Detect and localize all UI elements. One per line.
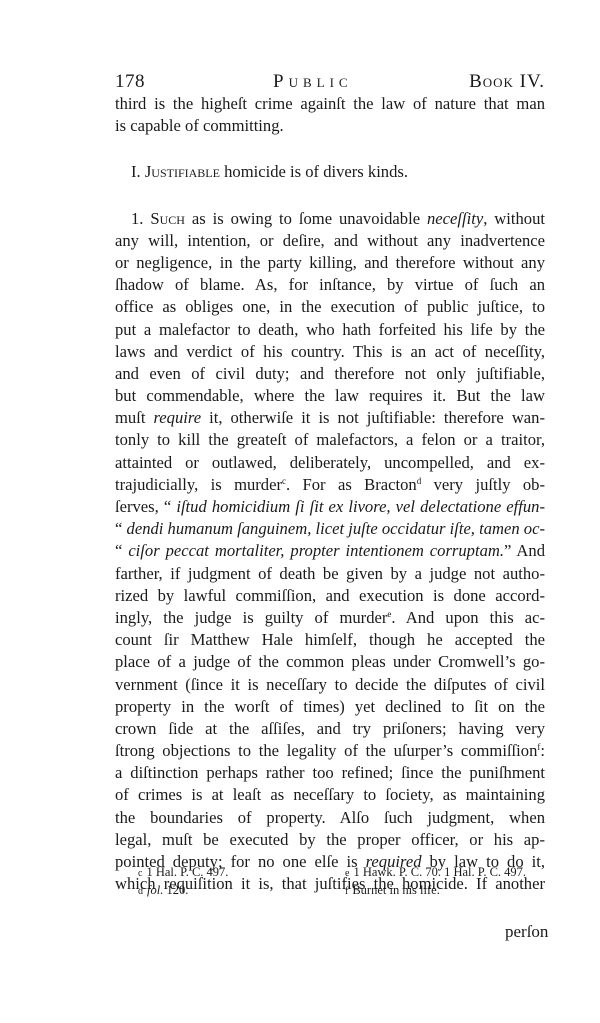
footnote-text: 120. <box>163 883 188 897</box>
text-run: as is owing to ſome unavoidable <box>185 209 427 228</box>
book-page: 178 Public Book IV. third is the higheſt… <box>0 0 600 1023</box>
text-line: or negligence, in the party killing, and… <box>115 252 545 274</box>
footnote-f: fBurnet in his life. <box>345 882 555 900</box>
footnote-mark: e <box>345 868 349 879</box>
section-heading: I. Justifiable homicide is of divers kin… <box>115 161 545 183</box>
book-label: Book IV. <box>469 70 545 94</box>
footnote-text-italic: fol. <box>147 883 163 897</box>
text-line: the boundaries of property. Alſo ſuch ju… <box>115 807 545 829</box>
footnote-mark: d <box>138 886 143 897</box>
paragraph-number: 1. <box>131 209 143 228</box>
text-run: very juſtly ob- <box>421 475 545 494</box>
text-line: ſhadow of blame. As, for inſtance, by vi… <box>115 274 545 296</box>
text-line: but commendable, where the law requires … <box>115 385 545 407</box>
text-run: trajudicially, is murder <box>115 475 282 494</box>
section-heading-rest: homicide is of divers kinds. <box>220 162 408 181</box>
text-line: farther, if judgment of death be given b… <box>115 563 545 585</box>
text-line: “ dendi humanum ſanguinem, licet juſte o… <box>115 518 545 540</box>
text-run: ingly, the judge is guilty of murder <box>115 608 387 627</box>
footnote-mark: c <box>138 868 142 879</box>
footnotes-left-column: c1 Hal. P. C. 497. dfol. 120. <box>138 864 328 900</box>
text-run: : <box>540 741 545 760</box>
paragraph-1: 1. Such as is owing to ſome unavoidable … <box>115 208 545 896</box>
text-line: crown ſide at the aſſiſes, and try priſo… <box>115 718 545 740</box>
text-run: , without <box>483 209 545 228</box>
text-run: ſerves, “ <box>115 497 176 516</box>
section-numeral: I. <box>131 162 141 181</box>
text-line: tonly to kill the greateſt of malefactor… <box>115 429 545 451</box>
catchword: perſon <box>505 921 548 943</box>
text-line: of crimes is at leaſt as neceſſary to ſo… <box>115 784 545 806</box>
text-line: a diſtinction perhaps rather too refined… <box>115 762 545 784</box>
italic-term: neceſſity <box>427 209 483 228</box>
text-run: ” And <box>504 541 545 560</box>
quote-mark: “ <box>115 541 128 560</box>
text-line: place of a judge of the common pleas und… <box>115 651 545 673</box>
text-run: ſtrong objections to the legality of the… <box>115 741 537 760</box>
text-line: ſerves, “ iſtud homicidium ſi ſit ex liv… <box>115 496 545 518</box>
footnote-c: c1 Hal. P. C. 497. <box>138 864 328 882</box>
text-line: attainted or outlawed, deliberately, unc… <box>115 452 545 474</box>
text-line: laws and verdict of his country. This is… <box>115 341 545 363</box>
text-line: and even of civil duty; and therefore no… <box>115 363 545 385</box>
footnote-text: 1 Hawk. P. C. 70. 1 Hal. P. C. 497. <box>353 865 526 879</box>
latin-quote: ciſor peccat mortaliter, propter intenti… <box>128 541 504 560</box>
latin-quote: iſtud homicidium ſi ſit ex livore, vel d… <box>176 497 545 516</box>
text-line: 1. Such as is owing to ſome unavoidable … <box>115 208 545 230</box>
running-header: 178 Public Book IV. <box>115 70 545 94</box>
running-title: Public <box>273 70 353 94</box>
text-line: property in the worſt of times) yet decl… <box>115 696 545 718</box>
latin-quote: dendi humanum ſanguinem, licet juſte occ… <box>127 519 545 538</box>
text-line: rized by lawful commiſſion, and executio… <box>115 585 545 607</box>
text-line: is capable of committing. <box>115 115 545 137</box>
text-line: third is the higheſt crime againſt the l… <box>115 93 545 115</box>
footnote-text: 1 Hal. P. C. 497. <box>146 865 228 879</box>
footnote-text: Burnet in his life. <box>352 883 440 897</box>
footnote-d: dfol. 120. <box>138 882 328 900</box>
text-line: “ ciſor peccat mortaliter, propter inten… <box>115 540 545 562</box>
page-number: 178 <box>115 70 145 94</box>
footnote-e: e1 Hawk. P. C. 70. 1 Hal. P. C. 497. <box>345 864 555 882</box>
text-line: muſt require it, otherwiſe it is not juſ… <box>115 407 545 429</box>
main-text: third is the higheſt crime againſt the l… <box>115 93 545 895</box>
italic-term: require <box>153 408 201 427</box>
quote-mark: “ <box>115 519 127 538</box>
text-run: muſt <box>115 408 153 427</box>
text-run: . And upon this ac- <box>391 608 545 627</box>
paragraph-lead-word: Such <box>150 209 185 228</box>
text-line: ingly, the judge is guilty of murdere. A… <box>115 607 545 629</box>
text-run: it, otherwiſe it is not juſtifiable: the… <box>201 408 545 427</box>
text-line: ſtrong objections to the legality of the… <box>115 740 545 762</box>
text-line: put a malefactor to death, who hath forf… <box>115 319 545 341</box>
text-run: . For as Bracton <box>286 475 417 494</box>
footnotes-right-column: e1 Hawk. P. C. 70. 1 Hal. P. C. 497. fBu… <box>345 864 555 900</box>
text-line: trajudicially, is murderc. For as Bracto… <box>115 474 545 496</box>
text-line: count ſir Matthew Hale himſelf, though h… <box>115 629 545 651</box>
section-lead-word: Justifiable <box>145 162 220 181</box>
text-line: legal, muſt be executed by the proper of… <box>115 829 545 851</box>
text-line: office as obliges one, in the execution … <box>115 296 545 318</box>
text-line: any will, intention, or deſire, and with… <box>115 230 545 252</box>
text-line: vernment (ſince it is neceſſary to decid… <box>115 674 545 696</box>
footnote-mark: f <box>345 886 348 897</box>
